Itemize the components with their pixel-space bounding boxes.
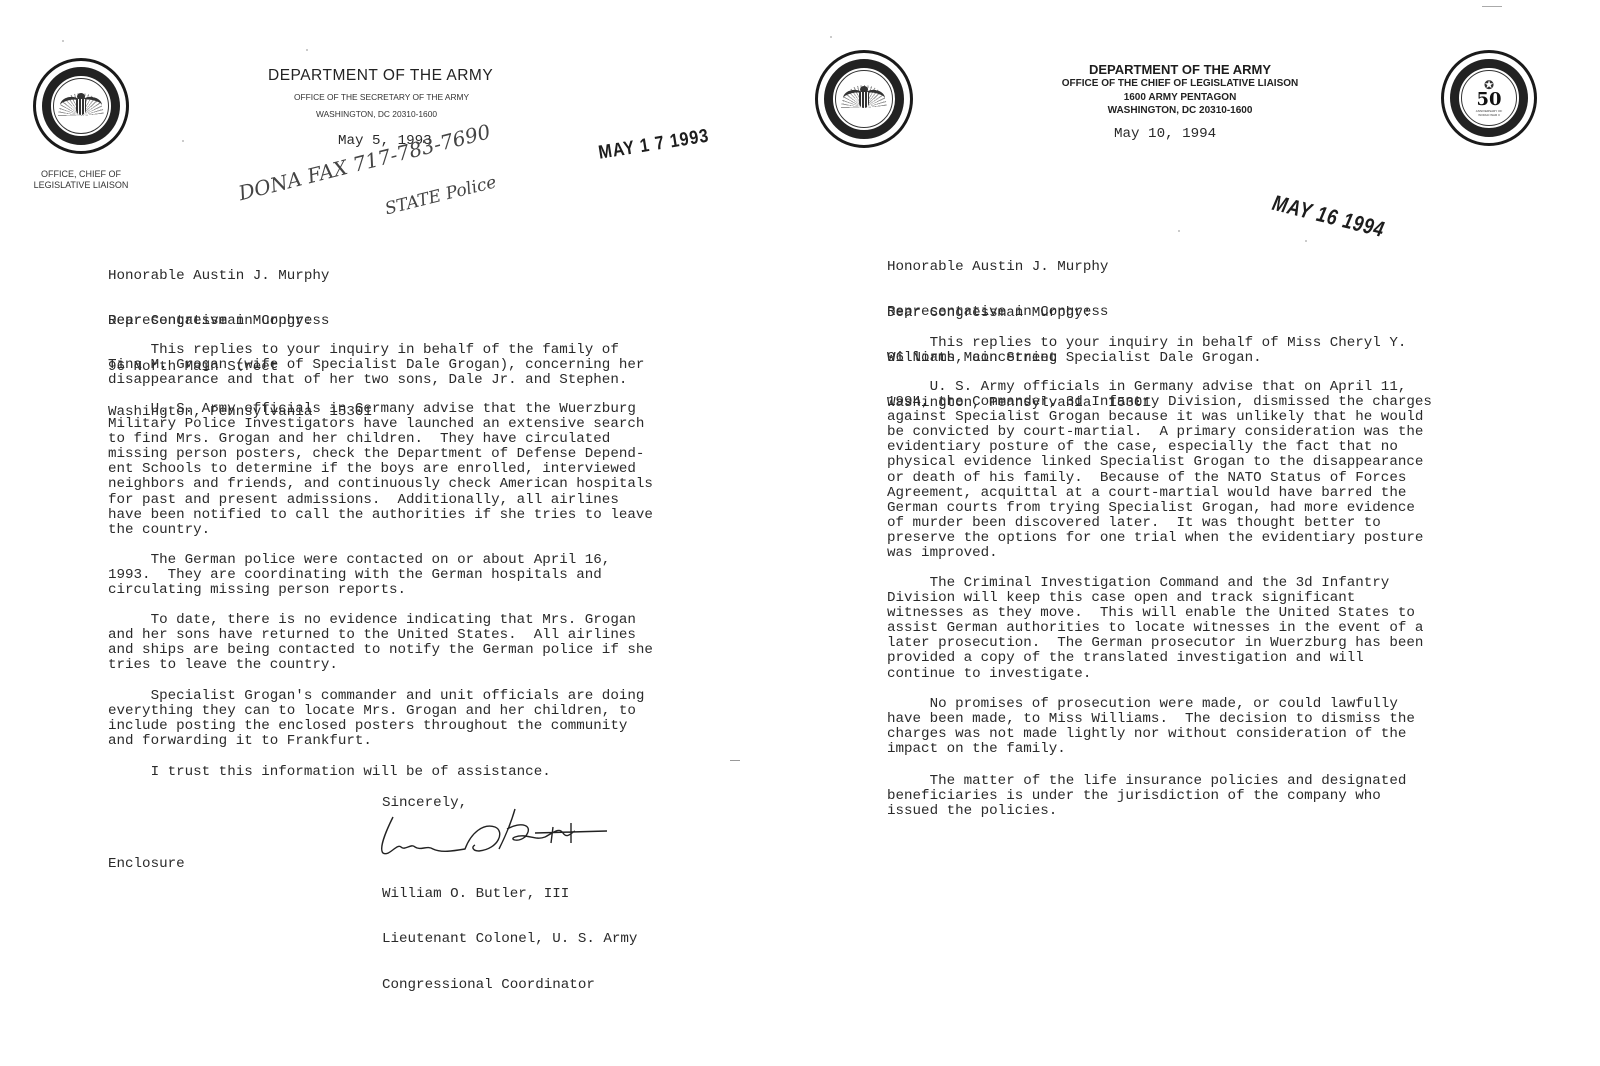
body-paragraph: The Criminal Investigation Command and t… <box>887 576 1423 682</box>
letter-1994: DEPARTMENT OF THE ARMY OFFICE OF THE CHI… <box>800 0 1600 1066</box>
received-stamp: MAY 1 7 1993 <box>597 126 711 165</box>
body-paragraph: This replies to your inquiry in behalf o… <box>887 336 1406 366</box>
scan-speck <box>306 49 308 51</box>
signer-role: Congressional Coordinator <box>382 978 637 993</box>
letterhead-office: OFFICE OF THE SECRETARY OF THE ARMY <box>294 92 469 102</box>
body-paragraph: This replies to your inquiry in behalf o… <box>108 343 644 388</box>
body-paragraph: U. S. Army officials in Germany advise t… <box>108 402 653 538</box>
body-paragraph: Specialist Grogan's commander and unit o… <box>108 689 644 749</box>
dod-seal-icon <box>33 58 129 154</box>
letterhead-title: DEPARTMENT OF THE ARMY <box>268 67 493 85</box>
scan-speck <box>182 140 184 142</box>
salutation: Dear Congressman Murphy: <box>108 314 312 329</box>
letter-1993: OFFICE, CHIEF OF LEGISLATIVE LIAISON DEP… <box>0 0 780 1066</box>
office-label-line2: LEGISLATIVE LIAISON <box>22 180 140 191</box>
body-paragraph: The matter of the life insurance policie… <box>887 774 1406 819</box>
body-paragraph: No promises of prosecution were made, or… <box>887 697 1415 757</box>
handwritten-note-agency: STATE Police <box>383 172 498 219</box>
received-stamp: MAY 16 1994 <box>1270 190 1388 243</box>
page-edge-mark <box>730 760 740 761</box>
salutation: Dear Congressman Murphy: <box>887 306 1091 321</box>
scan-speck <box>830 36 832 38</box>
signer-name: William O. Butler, III <box>382 887 637 902</box>
recipient-line: Honorable Austin J. Murphy <box>887 260 1151 275</box>
body-paragraph: To date, there is no evidence indicating… <box>108 613 653 673</box>
anniversary-number: 50 <box>1476 91 1501 109</box>
page-edge-mark <box>1482 6 1502 7</box>
signer-title: Lieutenant Colonel, U. S. Army <box>382 932 637 947</box>
anniversary-caption: ANNIVERSARY OF WORLD WAR II <box>1472 109 1506 117</box>
signature-icon <box>375 803 615 861</box>
ww2-50th-anniversary-seal-icon: ✪ 50 ANNIVERSARY OF WORLD WAR II <box>1441 50 1537 146</box>
letter-date: May 10, 1994 <box>1114 127 1216 142</box>
office-label-line1: OFFICE, CHIEF OF <box>22 169 140 180</box>
letterhead-address: WASHINGTON, DC 20310-1600 <box>316 109 437 119</box>
recipient-line: Honorable Austin J. Murphy <box>108 269 372 284</box>
office-label: OFFICE, CHIEF OF LEGISLATIVE LIAISON <box>22 169 140 191</box>
scan-speck <box>62 40 64 42</box>
body-paragraph: U. S. Army officials in Germany advise t… <box>887 380 1432 561</box>
scan-speck <box>1305 240 1307 242</box>
signature-block: William O. Butler, III Lieutenant Colone… <box>382 857 637 1023</box>
enclosure-note: Enclosure <box>108 857 185 872</box>
scan-speck <box>1178 230 1180 232</box>
body-paragraph: The German police were contacted on or a… <box>108 553 610 598</box>
body-paragraph: I trust this information will be of assi… <box>108 765 551 780</box>
